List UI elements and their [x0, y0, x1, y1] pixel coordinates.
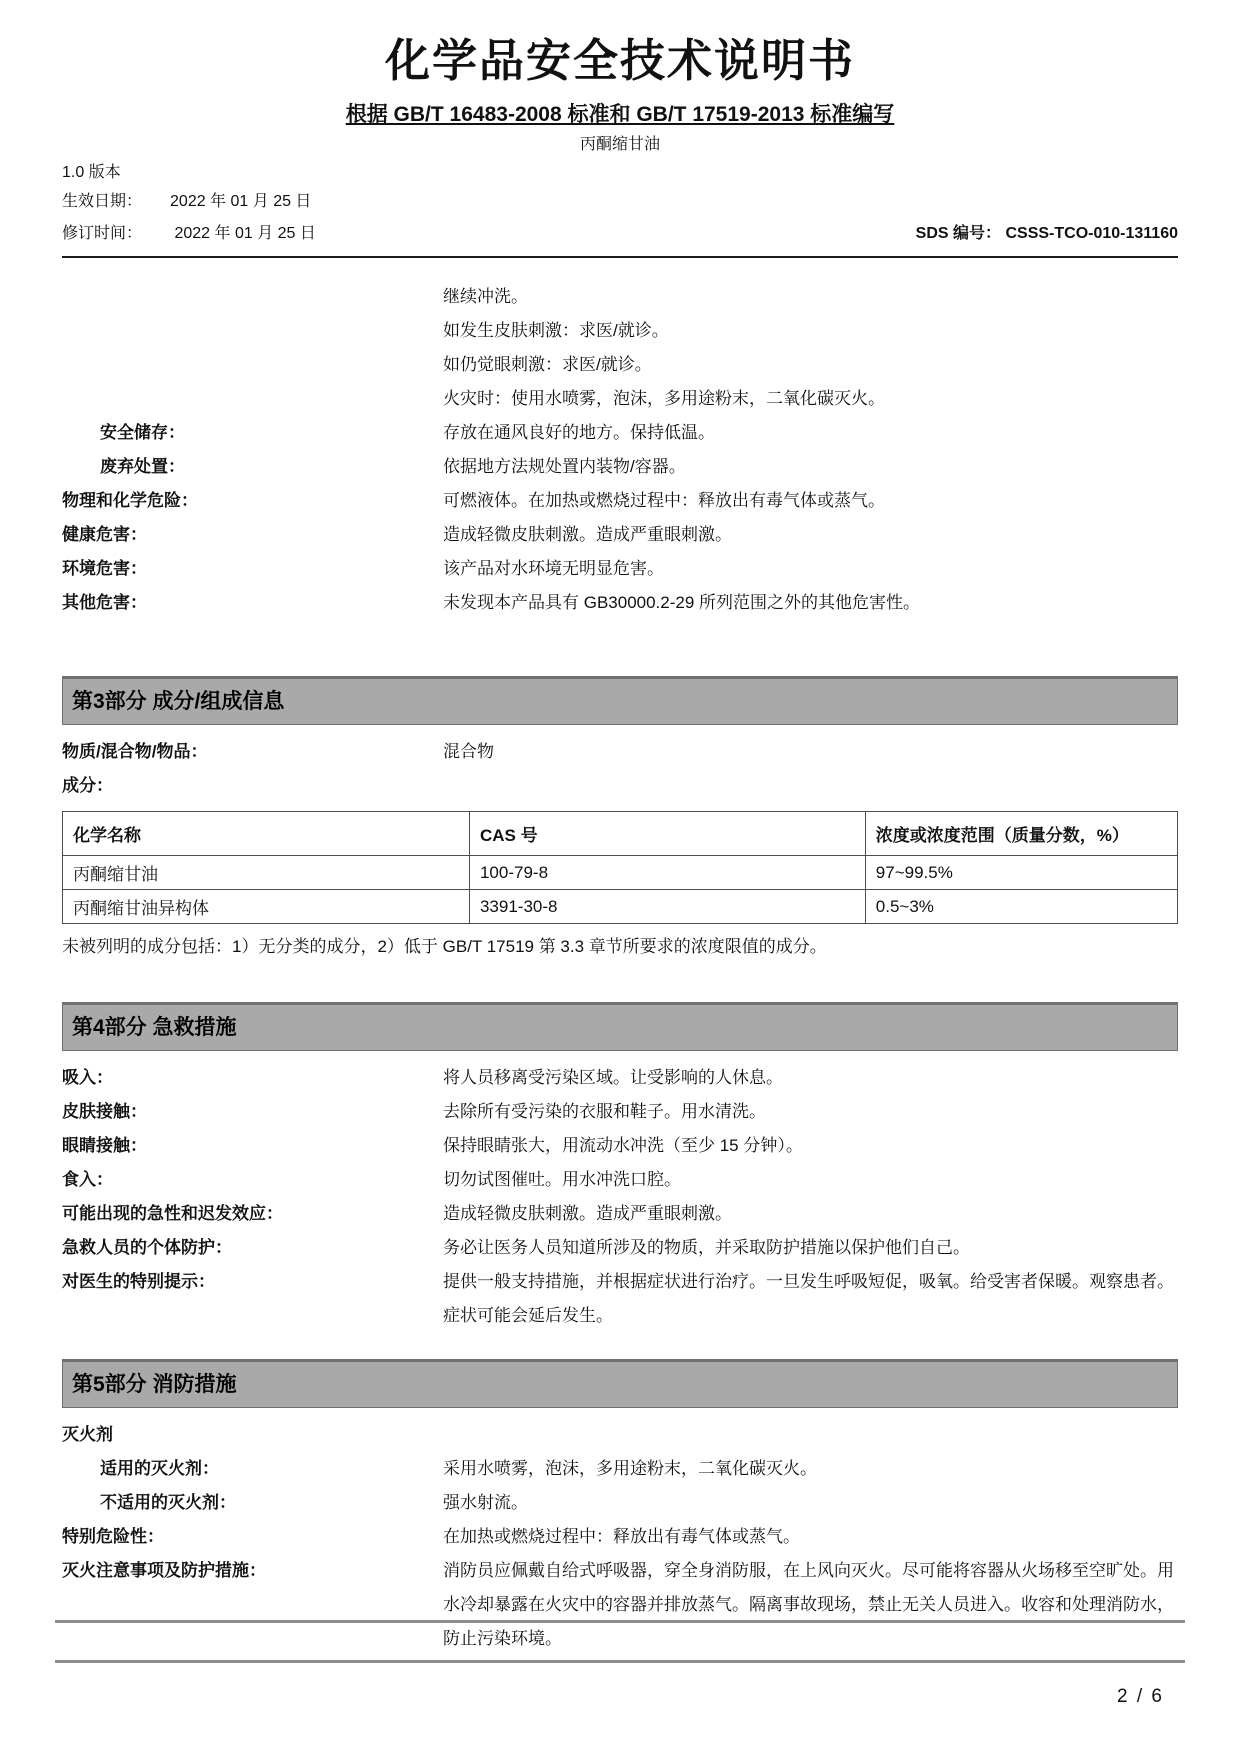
field-label: 物理和化学危险： [62, 484, 443, 518]
components-table-row: 丙酮缩甘油100-79-897~99.5% [63, 856, 1178, 890]
field-row: 不适用的灭火剂：强水射流。 [62, 1486, 1178, 1520]
field-row: 皮肤接触：去除所有受污染的衣服和鞋子。用水清洗。 [62, 1095, 1178, 1129]
components-table-cell: 0.5~3% [865, 890, 1177, 924]
field-row: 环境危害：该产品对水环境无明显危害。 [62, 552, 1178, 586]
field-value: 存放在通风良好的地方。保持低温。 [443, 416, 1178, 450]
field-label: 可能出现的急性和迟发效应： [62, 1197, 443, 1231]
field-row: 火灾时：使用水喷雾，泡沫，多用途粉末，二氧化碳灭火。 [62, 382, 1178, 416]
field-value: 消防员应佩戴自给式呼吸器，穿全身消防服，在上风向灭火。尽可能将容器从火场移至空旷… [443, 1554, 1178, 1656]
field-row: 物质/混合物/物品：混合物 [62, 735, 1178, 769]
field-label: 吸入： [62, 1061, 443, 1095]
field-value: 该产品对水环境无明显危害。 [443, 552, 1178, 586]
sds-number-group: SDS 编号： CSSS-TCO-010-131160 [916, 218, 1178, 250]
field-row: 急救人员的个体防护：务必让医务人员知道所涉及的物质，并采取防护措施以保护他们自己… [62, 1231, 1178, 1265]
page-number: 2 / 6 [1117, 1686, 1164, 1708]
field-value: 如发生皮肤刺激：求医/就诊。 [443, 314, 1178, 348]
section5-rows: 适用的灭火剂：采用水喷雾，泡沫，多用途粉末，二氧化碳灭火。不适用的灭火剂：强水射… [62, 1452, 1178, 1656]
field-label: 其他危害： [62, 586, 443, 620]
field-label: 物质/混合物/物品： [62, 735, 443, 769]
field-value: 在加热或燃烧过程中：释放出有毒气体或蒸气。 [443, 1520, 1178, 1554]
field-row: 继续冲洗。 [62, 280, 1178, 314]
section5-header: 第5部分 消防措施 [62, 1359, 1178, 1408]
components-table-cell: 100-79-8 [469, 856, 865, 890]
field-label: 适用的灭火剂： [62, 1452, 443, 1486]
field-row: 如发生皮肤刺激：求医/就诊。 [62, 314, 1178, 348]
field-row: 眼睛接触：保持眼睛张大，用流动水冲洗（至少 15 分钟）。 [62, 1129, 1178, 1163]
revision-date-row: 修订时间： 2022 年 01 月 25 日 SDS 编号： CSSS-TCO-… [62, 218, 1178, 250]
field-row: 健康危害：造成轻微皮肤刺激。造成严重眼刺激。 [62, 518, 1178, 552]
field-label [62, 314, 443, 348]
field-label: 食入： [62, 1163, 443, 1197]
section4-header: 第4部分 急救措施 [62, 1002, 1178, 1051]
field-value: 未发现本产品具有 GB30000.2-29 所列范围之外的其他危害性。 [443, 586, 1178, 620]
field-label: 环境危害： [62, 552, 443, 586]
effective-date-label: 生效日期： [62, 186, 142, 218]
components-table-header-cell: 化学名称 [63, 812, 470, 856]
revision-date-label: 修订时间： [62, 225, 142, 242]
field-row: 废弃处置：依据地方法规处置内装物/容器。 [62, 450, 1178, 484]
field-row: 物理和化学危险：可燃液体。在加热或燃烧过程中：释放出有毒气体或蒸气。 [62, 484, 1178, 518]
field-value: 提供一般支持措施，并根据症状进行治疗。一旦发生呼吸短促，吸氧。给受害者保暖。观察… [443, 1265, 1178, 1333]
field-value: 如仍觉眼刺激：求医/就诊。 [443, 348, 1178, 382]
document-title: 化学品安全技术说明书 [62, 34, 1178, 88]
field-label: 皮肤接触： [62, 1095, 443, 1129]
components-table-cell: 3391-30-8 [469, 890, 865, 924]
field-value: 采用水喷雾，泡沫，多用途粉末，二氧化碳灭火。 [443, 1452, 1178, 1486]
field-value: 依据地方法规处置内装物/容器。 [443, 450, 1178, 484]
sds-document-page: 化学品安全技术说明书 根据 GB/T 16483-2008 标准和 GB/T 1… [0, 0, 1240, 1755]
field-row: 适用的灭火剂：采用水喷雾，泡沫，多用途粉末，二氧化碳灭火。 [62, 1452, 1178, 1486]
field-label: 特别危险性： [62, 1520, 443, 1554]
components-table-cell: 丙酮缩甘油异构体 [63, 890, 470, 924]
field-row: 其他危害：未发现本产品具有 GB30000.2-29 所列范围之外的其他危害性。 [62, 586, 1178, 620]
field-value: 造成轻微皮肤刺激。造成严重眼刺激。 [443, 518, 1178, 552]
field-row: 对医生的特别提示：提供一般支持措施，并根据症状进行治疗。一旦发生呼吸短促，吸氧。… [62, 1265, 1178, 1333]
field-label [62, 382, 443, 416]
field-label: 健康危害： [62, 518, 443, 552]
document-meta: 1.0 版本 生效日期： 2022 年 01 月 25 日 修订时间： 2022… [62, 160, 1178, 250]
components-table-cell: 97~99.5% [865, 856, 1177, 890]
field-label: 不适用的灭火剂： [62, 1486, 443, 1520]
field-label: 废弃处置： [62, 450, 443, 484]
field-label: 眼睛接触： [62, 1129, 443, 1163]
field-value: 强水射流。 [443, 1486, 1178, 1520]
product-name: 丙酮缩甘油 [62, 134, 1178, 156]
components-table-cell: 丙酮缩甘油 [63, 856, 470, 890]
field-value: 火灾时：使用水喷雾，泡沫，多用途粉末，二氧化碳灭火。 [443, 382, 1178, 416]
effective-date-row: 生效日期： 2022 年 01 月 25 日 [62, 186, 1178, 218]
field-value: 继续冲洗。 [443, 280, 1178, 314]
field-label: 安全储存： [62, 416, 443, 450]
section4-rows: 吸入：将人员移离受污染区域。让受影响的人休息。皮肤接触：去除所有受污染的衣服和鞋… [62, 1061, 1178, 1333]
field-row: 可能出现的急性和迟发效应：造成轻微皮肤刺激。造成严重眼刺激。 [62, 1197, 1178, 1231]
field-value: 务必让医务人员知道所涉及的物质，并采取防护措施以保护他们自己。 [443, 1231, 1178, 1265]
header-divider [62, 256, 1178, 258]
components-table-header-cell: CAS 号 [469, 812, 865, 856]
section3-rows: 物质/混合物/物品：混合物 [62, 735, 1178, 769]
section3-header: 第3部分 成分/组成信息 [62, 676, 1178, 725]
field-row: 食入：切勿试图催吐。用水冲洗口腔。 [62, 1163, 1178, 1197]
effective-date-value: 2022 年 01 月 25 日 [170, 186, 311, 218]
field-row: 特别危险性：在加热或燃烧过程中：释放出有毒气体或蒸气。 [62, 1520, 1178, 1554]
components-note: 未被列明的成分包括：1）无分类的成分，2）低于 GB/T 17519 第 3.3… [62, 932, 1178, 962]
field-label [62, 280, 443, 314]
field-row: 灭火注意事项及防护措施：消防员应佩戴自给式呼吸器，穿全身消防服，在上风向灭火。尽… [62, 1554, 1178, 1656]
document-subtitle: 根据 GB/T 16483-2008 标准和 GB/T 17519-2013 标… [62, 98, 1178, 128]
sds-number-value: CSSS-TCO-010-131160 [1005, 225, 1178, 242]
field-value: 造成轻微皮肤刺激。造成严重眼刺激。 [443, 1197, 1178, 1231]
field-value: 去除所有受污染的衣服和鞋子。用水清洗。 [443, 1095, 1178, 1129]
footer-divider-top [55, 1620, 1185, 1623]
field-label [62, 348, 443, 382]
version-label: 1.0 版本 [62, 160, 1178, 186]
extinguishing-media-subheader: 灭火剂 [62, 1418, 1178, 1452]
sds-number-label: SDS 编号： [916, 225, 1001, 242]
field-label: 对医生的特别提示： [62, 1265, 443, 1333]
field-value: 切勿试图催吐。用水冲洗口腔。 [443, 1163, 1178, 1197]
field-row: 安全储存：存放在通风良好的地方。保持低温。 [62, 416, 1178, 450]
footer-divider-bottom [55, 1660, 1185, 1663]
components-label: 成分： [62, 769, 1178, 803]
field-value: 混合物 [443, 735, 1178, 769]
revision-date-group: 修订时间： 2022 年 01 月 25 日 [62, 218, 316, 250]
section2-continuation-rows: 继续冲洗。如发生皮肤刺激：求医/就诊。如仍觉眼刺激：求医/就诊。火灾时：使用水喷… [62, 280, 1178, 620]
components-table: 化学名称CAS 号浓度或浓度范围（质量分数，%） 丙酮缩甘油100-79-897… [62, 811, 1178, 924]
field-value: 将人员移离受污染区域。让受影响的人休息。 [443, 1061, 1178, 1095]
field-row: 如仍觉眼刺激：求医/就诊。 [62, 348, 1178, 382]
field-label: 灭火注意事项及防护措施： [62, 1554, 443, 1656]
revision-date-value: 2022 年 01 月 25 日 [174, 225, 315, 242]
field-value: 保持眼睛张大，用流动水冲洗（至少 15 分钟）。 [443, 1129, 1178, 1163]
components-table-header-cell: 浓度或浓度范围（质量分数，%） [865, 812, 1177, 856]
field-value: 可燃液体。在加热或燃烧过程中：释放出有毒气体或蒸气。 [443, 484, 1178, 518]
components-table-row: 丙酮缩甘油异构体3391-30-80.5~3% [63, 890, 1178, 924]
document-subtitle-text: 根据 GB/T 16483-2008 标准和 GB/T 17519-2013 标… [346, 103, 895, 126]
components-table-header-row: 化学名称CAS 号浓度或浓度范围（质量分数，%） [63, 812, 1178, 856]
field-row: 吸入：将人员移离受污染区域。让受影响的人休息。 [62, 1061, 1178, 1095]
field-label: 急救人员的个体防护： [62, 1231, 443, 1265]
